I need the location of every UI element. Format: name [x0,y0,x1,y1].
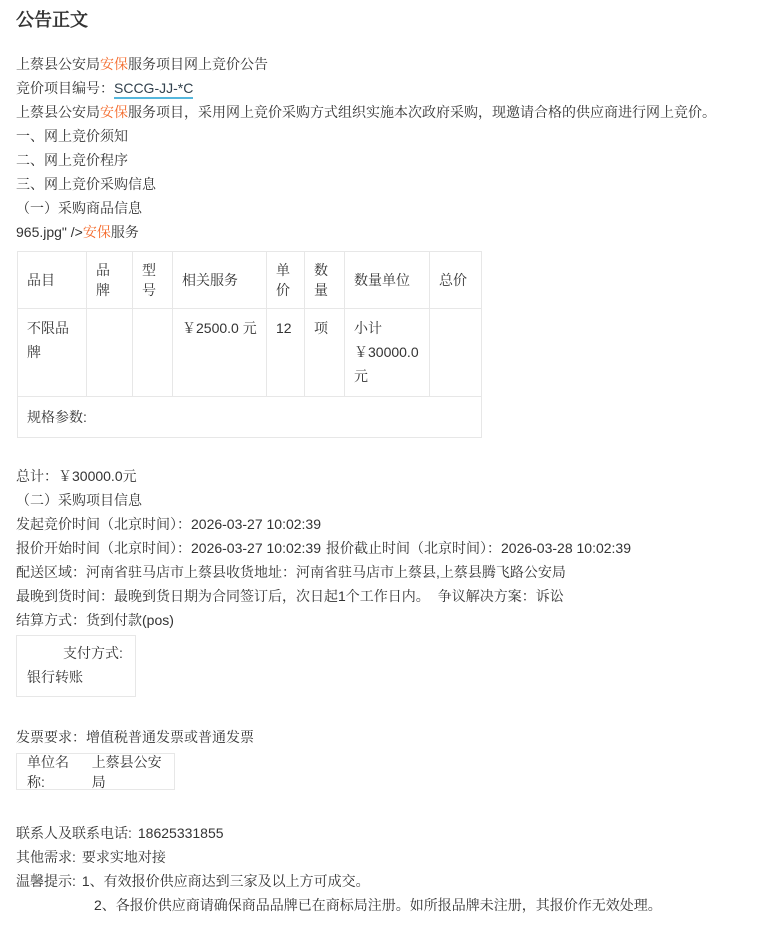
dispute-label: 争议解决方案： [438,588,536,604]
quote-start-label: 报价开始时间（北京时间）： [16,540,191,556]
col-header-quantity: 数量 [305,252,345,309]
image-fragment-prefix: 965.jpg" /> [16,224,83,240]
subsection-project-info-heading: （二）采购项目信息 [16,488,752,512]
subsection-product-info-heading: （一）采购商品信息 [16,196,752,220]
cell-item: 不限品牌 [18,309,87,397]
cell-subtotal: 小计 ￥30000.0元 [345,309,430,397]
contact-label: 联系人及联系电话: [16,825,132,841]
delivery-area-line: 配送区域：河南省驻马店市上蔡县收货地址：河南省驻马店市上蔡县,上蔡县腾飞路公安局 [16,560,752,584]
section-heading-notice: 一、网上竞价须知 [16,124,752,148]
section-heading-procedure: 二、网上竞价程序 [16,148,752,172]
announcement-headline: 上蔡县公安局安保服务项目网上竞价公告 [16,52,752,76]
latest-delivery-value: 最晚到货日期为合同签订后，次日起1个工作日内。 [114,588,430,604]
initiate-time-value: 2026-03-27 10:02:39 [191,516,321,532]
project-number-line: 竞价项目编号：SCCG-JJ-*C [16,76,752,100]
intro-prefix: 上蔡县公安局 [16,104,100,120]
tips-line-1: 温馨提示:1、有效报价供应商达到三家及以上方可成交。 [16,869,752,893]
col-header-total-price: 总价 [430,252,482,309]
intro-paragraph: 上蔡县公安局安保服务项目，采用网上竞价采购方式组织实施本次政府采购，现邀请合格的… [16,100,752,124]
product-table-spec-row: 规格参数: [18,397,482,438]
intro-suffix: 服务项目，采用网上竞价采购方式组织实施本次政府采购，现邀请合格的供应商进行网上竞… [128,104,716,120]
cell-unit-price: 12 [267,309,305,397]
cell-total [430,309,482,397]
latest-delivery-label: 最晚到货时间： [16,588,114,604]
product-table-data-row: 不限品牌 ￥2500.0 元 12 项 小计 ￥30000.0元 [18,309,482,397]
other-needs-label: 其他需求: [16,849,76,865]
invoice-requirement-line: 发票要求：增值税普通发票或普通发票 [16,725,752,749]
headline-prefix: 上蔡县公安局 [16,56,100,72]
delivery-area-label: 配送区域： [16,564,86,580]
product-table: 品目 品牌 型号 相关服务 单价 数量 数量单位 总价 不限品牌 ￥2500.0… [17,251,482,438]
cell-brand [87,309,133,397]
product-table-header-row: 品目 品牌 型号 相关服务 单价 数量 数量单位 总价 [18,252,482,309]
unit-name-label: 单位名称: [27,752,86,792]
initiate-time-label: 发起竞价时间（北京时间）： [16,516,191,532]
unit-name-box: 单位名称:上蔡县公安局 [16,753,175,790]
invoice-label: 发票要求： [16,729,86,745]
section-heading-purchase-info: 三、网上竞价采购信息 [16,172,752,196]
image-fragment-keyword-highlight: 安保 [83,224,111,240]
headline-suffix: 服务项目网上竞价公告 [128,56,268,72]
payment-method-label: 支付方式: [17,641,135,665]
settlement-line: 结算方式：货到付款(pos) [16,608,752,632]
contact-line: 联系人及联系电话:18625331855 [16,821,752,845]
payment-method-value: 银行转账 [17,665,135,689]
unit-name-value: 上蔡县公安局 [92,752,174,792]
intro-keyword-highlight: 安保 [100,104,128,120]
invoice-value: 增值税普通发票或普通发票 [86,729,254,745]
other-needs-line: 其他需求:要求实地对接 [16,845,752,869]
col-header-brand: 品牌 [87,252,133,309]
image-fragment-suffix: 服务 [111,224,139,240]
col-header-quantity-unit: 数量单位 [345,252,430,309]
col-header-model: 型号 [133,252,173,309]
quote-time-line: 报价开始时间（北京时间）：2026-03-27 10:02:39报价截止时间（北… [16,536,752,560]
other-needs-value: 要求实地对接 [82,849,166,865]
cell-related-service: ￥2500.0 元 [173,309,267,397]
grand-total-line: 总计：￥30000.0元 [16,464,752,488]
contact-phone-value: 18625331855 [138,825,224,841]
col-header-unit-price: 单价 [267,252,305,309]
payment-method-box: 支付方式: 银行转账 [16,635,136,697]
grand-total-label: 总计： [16,468,58,484]
quote-end-value: 2026-03-28 10:02:39 [501,540,631,556]
col-header-item: 品目 [18,252,87,309]
project-number-link[interactable]: SCCG-JJ-*C [114,80,193,99]
project-number-label: 竞价项目编号： [16,80,114,96]
delivery-area-value: 河南省驻马店市上蔡县 [86,564,226,580]
tips-line-2: 2、各报价供应商请确保商品品牌已在商标局注册。如所报品牌未注册，其报价作无效处理… [16,893,752,917]
tips-label: 温馨提示: [16,873,76,889]
spec-params-label: 规格参数: [18,397,482,438]
quote-end-label: 报价截止时间（北京时间）： [326,540,501,556]
page-title: 公告正文 [16,10,752,31]
tips-item-1: 1、有效报价供应商达到三家及以上方可成交。 [82,873,370,889]
receive-address-label: 收货地址： [226,564,296,580]
headline-keyword-highlight: 安保 [100,56,128,72]
announcement-page: 公告正文 上蔡县公安局安保服务项目网上竞价公告 竞价项目编号：SCCG-JJ-*… [0,0,768,931]
dispute-value: 诉讼 [536,588,564,604]
initiate-time-line: 发起竞价时间（北京时间）：2026-03-27 10:02:39 [16,512,752,536]
settlement-label: 结算方式： [16,612,86,628]
col-header-related-service: 相关服务 [173,252,267,309]
latest-delivery-line: 最晚到货时间：最晚到货日期为合同签订后，次日起1个工作日内。争议解决方案：诉讼 [16,584,752,608]
cell-model [133,309,173,397]
receive-address-value: 河南省驻马店市上蔡县,上蔡县腾飞路公安局 [296,564,566,580]
grand-total-value: ￥30000.0元 [58,468,137,484]
image-fragment-line: 965.jpg" />安保服务 [16,220,752,244]
cell-quantity: 项 [305,309,345,397]
quote-start-value: 2026-03-27 10:02:39 [191,540,321,556]
settlement-value: 货到付款(pos) [86,612,174,628]
